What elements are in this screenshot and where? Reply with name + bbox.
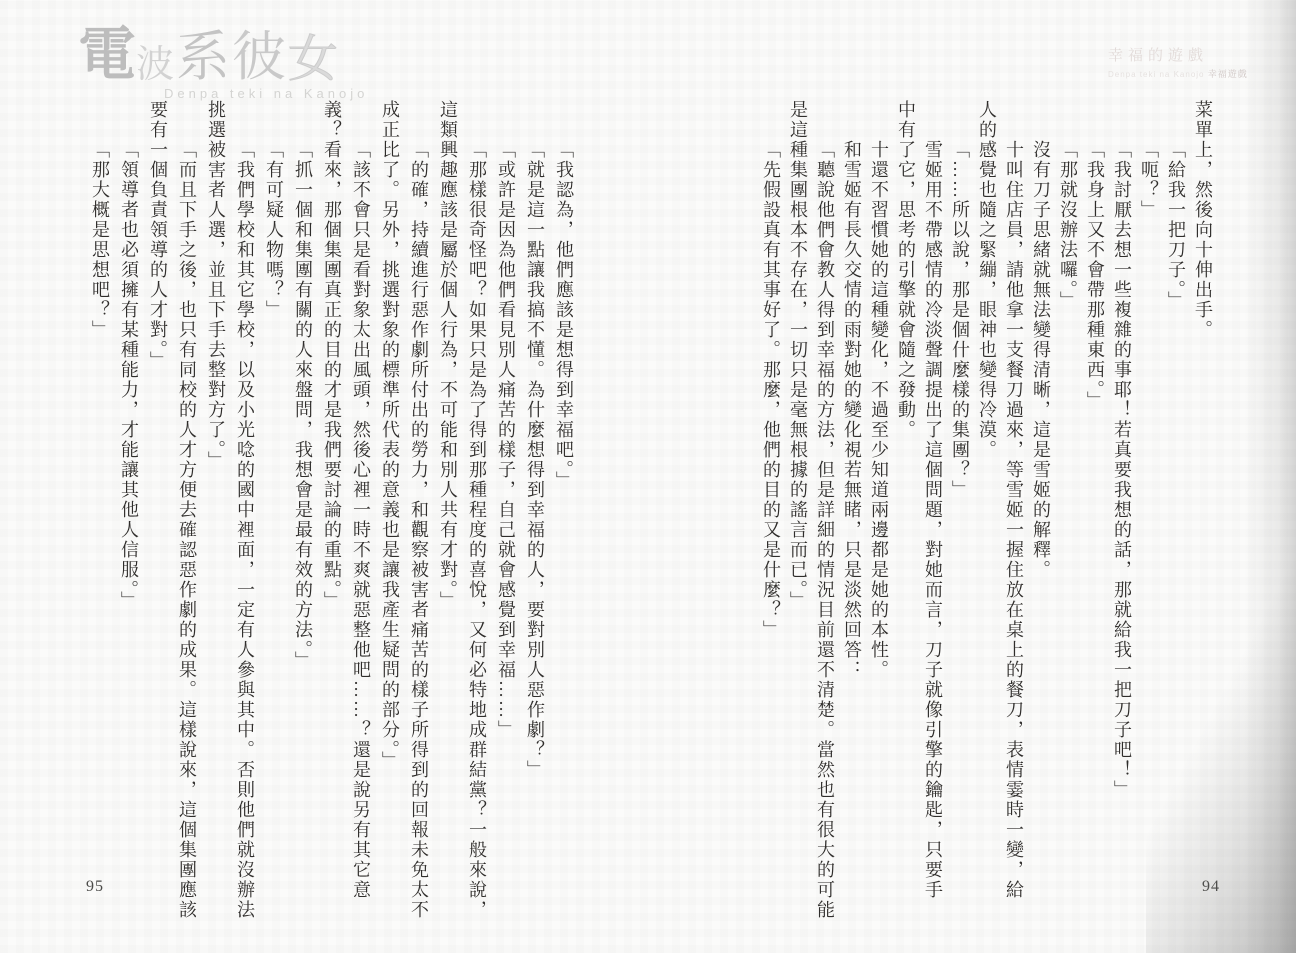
text-column: 要有一個負責領導的人才對。」: [143, 100, 172, 952]
text-column: 和雪姬有長久交情的雨對她的變化視若無睹，只是淡然回答：: [838, 100, 865, 952]
text-column: 「而且下手之後，也只有同校的人才方便去確認惡作劇的成果。這樣說來，這個集團應該: [172, 100, 201, 952]
text-column: 「我身上又不會帶那種東西。」: [1081, 100, 1108, 952]
text-column: 「該不會只是看對象太出風頭，然後心裡一時不爽就惡整他吧……？還是說另有其它意: [346, 100, 375, 952]
text-column: 「抓一個和集團有關的人來盤問，我想會是最有效的方法。」: [288, 100, 317, 952]
logo-character: 波: [136, 46, 176, 84]
text-column: 菜單上，然後向十伸出手。: [1189, 100, 1216, 952]
series-logo-romaji: Denpa teki na Kanojo: [164, 86, 368, 101]
text-column: 中有了它，思考的引擎就會隨之發動。: [892, 100, 919, 952]
text-column: 成正比了。另外，挑選對象的標準所代表的意義也是讓我產生疑問的部分。」: [375, 100, 404, 952]
text-column: 雪姬用不帶感情的冷淡聲調提出了這個問題，對她而言，刀子就像引擎的鑰匙，只要手: [919, 100, 946, 952]
text-column: 是這種集團根本不存在，一切只是毫無根據的謠言而已。」: [784, 100, 811, 952]
running-header-subtitle: Denpa teki na Kanojo 幸福遊戲: [1108, 67, 1248, 80]
series-logo-title: 電波系彼女: [78, 26, 368, 84]
text-column: 「就是這一點讓我搞不懂。為什麼想得到幸福的人，要對別人惡作劇？」: [520, 100, 549, 952]
text-column: 十叫住店員，請他拿一支餐刀過來，等雪姬一握住放在桌上的餐刀，表情霎時一變，給: [1000, 100, 1027, 952]
text-column: 「……所以說，那是個什麼樣的集團？」: [946, 100, 973, 952]
text-column: 「給我一把刀子。」: [1162, 100, 1189, 952]
text-column: 挑選被害者人選，並且下手去整對方了。」: [201, 100, 230, 952]
logo-character: 彼: [232, 30, 288, 84]
text-column: 「的確，持續進行惡作劇所付出的勞力，和觀察被害者痛苦的樣子所得到的回報未免太不: [404, 100, 433, 952]
text-column: 這類興趣應該是屬於個人行為，不可能和別人共有才對。」: [433, 100, 462, 952]
scan-edge-shadow: [1244, 0, 1296, 953]
logo-character: 女: [288, 34, 340, 84]
text-column: 沒有刀子思緒就無法變得清晰，這是雪姬的解釋。: [1027, 100, 1054, 952]
running-header: 幸福的遊戲 Denpa teki na Kanojo 幸福遊戲: [1108, 44, 1248, 80]
text-column: 「那樣很奇怪吧？如果只是為了得到那種程度的喜悅，又何必特地成群結黨？一般來說，: [462, 100, 491, 952]
text-column: 人的感覺也隨之緊繃，眼神也變得冷漠。: [973, 100, 1000, 952]
text-column: 「領導者也必須擁有某種能力，才能讓其他人信服。」: [114, 100, 143, 952]
text-column: 「先假設真有其事好了。那麼，他們的目的又是什麼？」: [757, 100, 784, 952]
text-column: 「我們學校和其它學校，以及小光唸的國中裡面，一定有人參與其中。否則他們就沒辦法: [230, 100, 259, 952]
text-column: 十還不習慣她的這種變化，不過至少知道兩邊都是她的本性。: [865, 100, 892, 952]
left-page-text-block: 「我認為，他們應該是想得到幸福吧。」「就是這一點讓我搞不懂。為什麼想得到幸福的人…: [85, 100, 578, 952]
text-column: 「那大概是思想吧？」: [85, 100, 114, 952]
running-header-romaji: Denpa teki na Kanojo: [1108, 70, 1205, 79]
series-logo: 電波系彼女 Denpa teki na Kanojo: [78, 26, 368, 101]
text-column: 義？看來，那個集團真正的目的才是我們要討論的重點。」: [317, 100, 346, 952]
text-column: 「那就沒辦法囉。」: [1054, 100, 1081, 952]
right-page-text-block: 菜單上，然後向十伸出手。「給我一把刀子。」「呃？」「我討厭去想一些複雜的事耶！若…: [757, 100, 1216, 952]
text-column: 「或許是因為他們看見別人痛苦的樣子，自己就會感覺到幸福……」: [491, 100, 520, 952]
page-number-left: 95: [86, 878, 104, 896]
logo-character: 系: [176, 30, 232, 84]
text-column: 「有可疑人物嗎？」: [259, 100, 288, 952]
text-column: 「呃？」: [1135, 100, 1162, 952]
page-number-right: 94: [1202, 878, 1220, 896]
text-column: 「我討厭去想一些複雜的事耶！若真要我想的話，那就給我一把刀子吧！」: [1108, 100, 1135, 952]
logo-character: 電: [78, 26, 138, 84]
running-header-title: 幸福的遊戲: [1108, 44, 1248, 65]
text-column: 「聽說他們會教人得到幸福的方法，但是詳細的情況目前還不清楚。當然也有很大的可能: [811, 100, 838, 952]
text-column: 「我認為，他們應該是想得到幸福吧。」: [549, 100, 578, 952]
running-header-badge: 幸福遊戲: [1208, 69, 1248, 79]
